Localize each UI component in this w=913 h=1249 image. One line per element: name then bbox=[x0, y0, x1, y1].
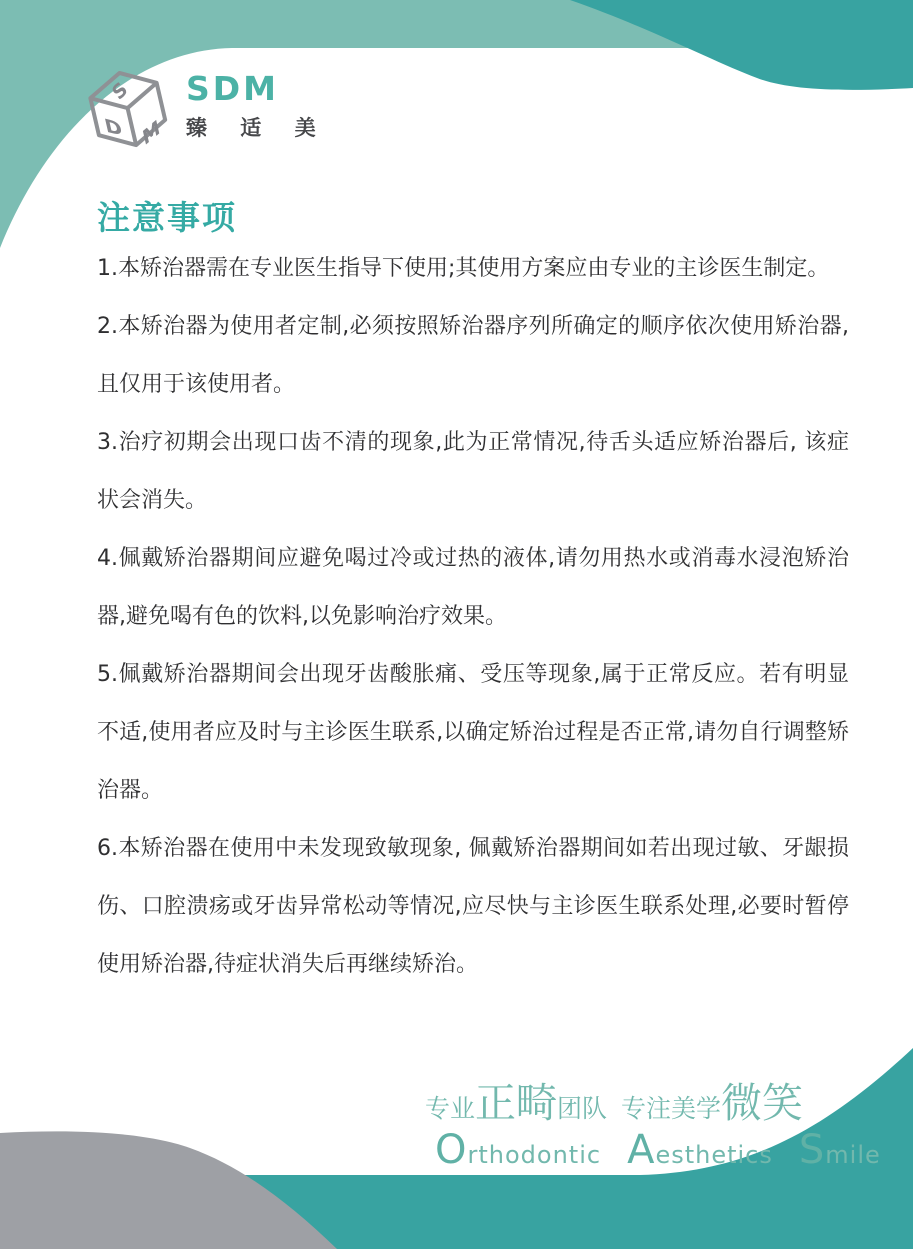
brand-chinese-name: 臻 适 美 bbox=[186, 112, 329, 142]
slogan-cn-part: 正畸 bbox=[475, 1070, 557, 1129]
slogan-en-part: esthetics bbox=[655, 1141, 772, 1169]
notice-item-1: 1.本矫治器需在专业医生指导下使用;其使用方案应由专业的主诊医生制定。 bbox=[97, 240, 849, 298]
notice-item-5: 5.佩戴矫治器期间会出现牙齿酸胀痛、受压等现象,属于正常反应。若有明显不适,使用… bbox=[97, 646, 849, 820]
notice-list: 1.本矫治器需在专业医生指导下使用;其使用方案应由专业的主诊医生制定。 2.本矫… bbox=[97, 240, 849, 994]
slogan-en-part: mile bbox=[825, 1141, 880, 1169]
slogan-cn-part: 微笑 bbox=[721, 1070, 803, 1129]
slogan-en-part: O bbox=[435, 1127, 467, 1173]
page-content: S D M SDM 臻 适 美 注意事项 1.本矫治器需在专业医生指导下使用;其… bbox=[0, 0, 913, 1249]
footer-slogan: 专业正畸团队专注美学微笑 OrthodonticAestheticsSmile bbox=[425, 1070, 881, 1173]
notice-item-6: 6.本矫治器在使用中未发现致敏现象, 佩戴矫治器期间如若出现过敏、牙龈损伤、口腔… bbox=[97, 820, 849, 994]
slogan-english: OrthodonticAestheticsSmile bbox=[435, 1127, 881, 1173]
slogan-cn-part: 专业 bbox=[425, 1089, 475, 1125]
notice-item-4: 4.佩戴矫治器期间应避免喝过冷或过热的液体,请勿用热水或消毒水浸泡矫治器,避免喝… bbox=[97, 530, 849, 646]
sdm-cube-icon: S D M bbox=[86, 64, 170, 164]
brand-wordmark: SDM 臻 适 美 bbox=[186, 64, 329, 142]
document-page: S D M SDM 臻 适 美 注意事项 1.本矫治器需在专业医生指导下使用;其… bbox=[0, 0, 913, 1249]
page-title: 注意事项 bbox=[97, 192, 237, 239]
brand-logo: S D M SDM 臻 适 美 bbox=[86, 64, 329, 164]
slogan-cn-part: 专注美学 bbox=[621, 1089, 721, 1125]
notice-item-2: 2.本矫治器为使用者定制,必须按照矫治器序列所确定的顺序依次使用矫治器,且仅用于… bbox=[97, 298, 849, 414]
brand-acronym: SDM bbox=[186, 72, 329, 105]
slogan-en-part: A bbox=[627, 1127, 655, 1173]
slogan-en-part: rthodontic bbox=[467, 1141, 601, 1169]
slogan-en-part: S bbox=[799, 1127, 825, 1173]
notice-item-3: 3.治疗初期会出现口齿不清的现象,此为正常情况,待舌头适应矫治器后, 该症状会消… bbox=[97, 414, 849, 530]
slogan-cn-part: 团队 bbox=[557, 1089, 607, 1125]
svg-text:M: M bbox=[140, 115, 161, 151]
slogan-chinese: 专业正畸团队专注美学微笑 bbox=[425, 1070, 881, 1129]
